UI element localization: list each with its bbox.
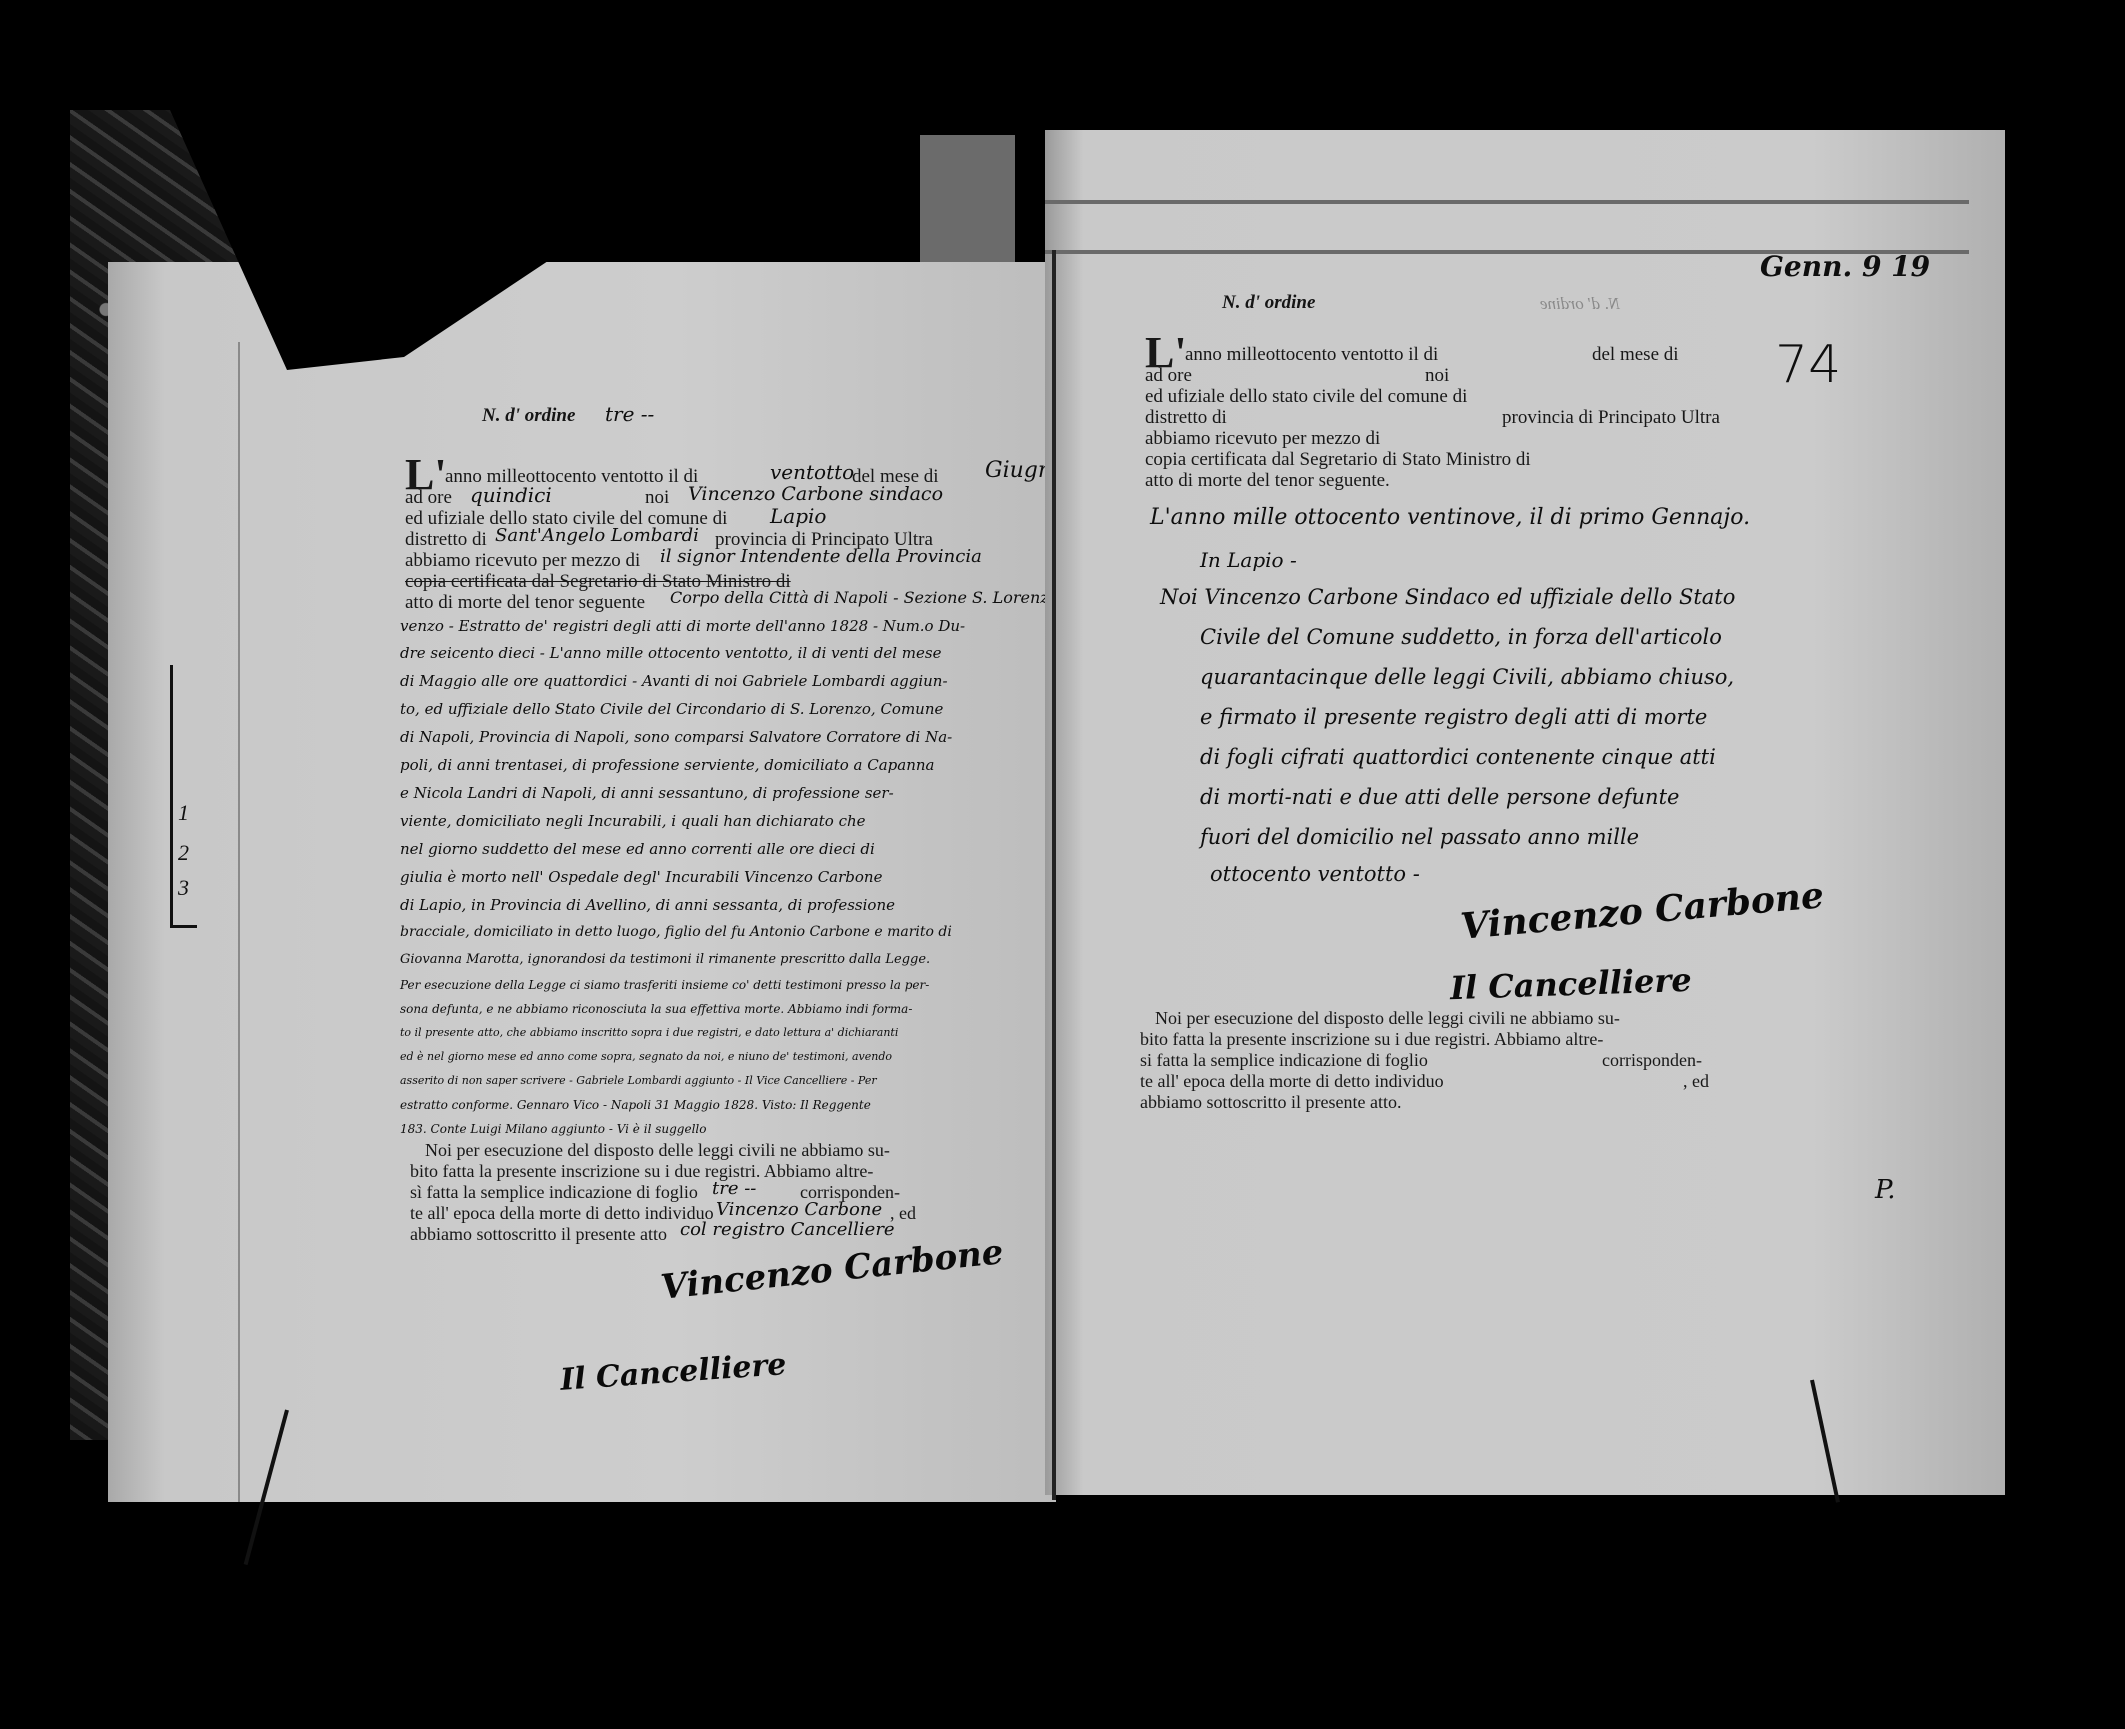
folio-note: Genn. 9 19 (1760, 250, 1930, 283)
left-body-line: Per esecuzione della Legge ci siamo tras… (400, 978, 929, 992)
right-body-line: In Lapio - (1200, 548, 1297, 572)
left-body-line: to il presente atto, che abbiamo inscrit… (400, 1026, 898, 1039)
right-line-1: anno milleottocento ventotto il di (1185, 344, 1438, 365)
margin-index-2: 2 (178, 840, 189, 866)
right-line-7: atto di morte del tenor seguente. (1145, 470, 1390, 491)
left-line-2: ad ore (405, 487, 452, 508)
left-body-line: to, ed uffiziale dello Stato Civile del … (400, 700, 943, 718)
left-body-line: sona defunta, e ne abbiamo riconosciuta … (400, 1002, 912, 1016)
left-body-line: di Maggio alle ore quattordici - Avanti … (400, 672, 948, 690)
left-body-line: poli, di anni trentasei, di professione … (400, 756, 934, 774)
right-page-edge-1 (1045, 200, 1969, 204)
left-per-mezzo: il signor Intendente della Provincia (660, 546, 982, 567)
right-closing-5: te all' epoca della morte di detto indiv… (1140, 1071, 1444, 1092)
left-closing-7: abbiamo sottoscritto il presente atto (410, 1224, 667, 1245)
margin-index-1: 1 (178, 800, 189, 826)
left-line-5: abbiamo ricevuto per mezzo di (405, 550, 640, 571)
left-giorno: ventotto (770, 460, 854, 484)
left-body-line: di Lapio, in Provincia di Avellino, di a… (400, 896, 895, 914)
left-body-line: asserito di non saper scrivere - Gabriel… (400, 1074, 877, 1087)
left-noi-label: noi (645, 487, 669, 508)
left-body-line: di Napoli, Provincia di Napoli, sono com… (400, 728, 952, 746)
left-distretto: Sant'Angelo Lombardi (495, 525, 699, 546)
left-foglio: tre -- (712, 1178, 756, 1199)
right-line-4: distretto di (1145, 407, 1227, 428)
left-body-line: Giovanna Marotta, ignorandosi da testimo… (400, 952, 930, 967)
left-comune: Lapio (770, 504, 826, 528)
left-individuo: Vincenzo Carbone (716, 1199, 882, 1220)
left-body-line: nel giorno suddetto del mese ed anno cor… (400, 840, 875, 858)
left-body-line: estratto conforme. Gennaro Vico - Napoli… (400, 1098, 871, 1112)
left-closing-2: bito fatta la presente inscrizione su i … (410, 1161, 873, 1182)
left-order-value: tre -- (605, 402, 654, 426)
left-body-line: venzo - Estratto de' registri degli atti… (400, 617, 965, 635)
right-body-line: di morti-nati e due atti delle persone d… (1200, 785, 1679, 809)
corner-mark: P. (1875, 1175, 1896, 1205)
right-line-2: ad ore (1145, 365, 1192, 386)
right-noi-label: noi (1425, 365, 1449, 386)
left-closing-5: te all' epoca della morte di detto indiv… (410, 1203, 714, 1224)
left-ore: quindici (470, 483, 552, 507)
left-line-4: distretto di (405, 529, 487, 550)
left-line-7: atto di morte del tenor seguente (405, 592, 645, 613)
left-body-line: giulia è morto nell' Ospedale degl' Incu… (400, 868, 882, 886)
right-closing-1: Noi per esecuzione del disposto delle le… (1155, 1008, 1620, 1029)
right-body-line: di fogli cifrati quattordici contenente … (1200, 745, 1716, 769)
right-body-line: quarantacinque delle leggi Civili, abbia… (1200, 665, 1734, 689)
page-number: 74 (1775, 335, 1841, 395)
left-noi: Vincenzo Carbone sindaco (688, 483, 943, 505)
book-gutter (1052, 250, 1056, 1500)
left-body-line: viente, domiciliato negli Incurabili, i … (400, 812, 866, 830)
right-order-label: N. d' ordine (1222, 292, 1315, 314)
right-provincia-label: provincia di Principato Ultra (1502, 407, 1720, 428)
left-body-line: dre seicento dieci - L'anno mille ottoce… (400, 644, 941, 662)
left-atto-suffix: col registro Cancelliere (680, 1219, 895, 1240)
right-closing-3: si fatta la semplice indicazione di fogl… (1140, 1050, 1428, 1071)
left-order-label: N. d' ordine (482, 405, 575, 427)
right-line-6: copia certificata dal Segretario di Stat… (1145, 449, 1531, 470)
left-body-line: e Nicola Landri di Napoli, di anni sessa… (400, 784, 894, 802)
left-body-line: bracciale, domiciliato in detto luogo, f… (400, 924, 952, 940)
right-body-line: ottocento ventotto - (1210, 862, 1420, 886)
right-closing-7: abbiamo sottoscritto il presente atto. (1140, 1092, 1401, 1113)
right-body-line: L'anno mille ottocento ventinove, il di … (1150, 505, 1750, 530)
right-line-5: abbiamo ricevuto per mezzo di (1145, 428, 1380, 449)
right-closing-2: bito fatta la presente inscrizione su i … (1140, 1029, 1603, 1050)
right-body-line: fuori del domicilio nel passato anno mil… (1200, 825, 1639, 849)
right-closing-4: corrisponden- (1602, 1050, 1702, 1071)
right-closing-6: , ed (1683, 1071, 1709, 1092)
right-order-bleedthrough: N. d' ordine (1540, 294, 1620, 314)
right-line-3: ed ufiziale dello stato civile del comun… (1145, 386, 1467, 407)
margin-index-3: 3 (178, 875, 189, 901)
left-closing-3: sì fatta la semplice indicazione di fogl… (410, 1182, 698, 1203)
left-body-line: 183. Conte Luigi Milano aggiunto - Vi è … (400, 1122, 706, 1136)
right-mese-label: del mese di (1592, 344, 1679, 365)
left-body-line: ed è nel giorno mese ed anno come sopra,… (400, 1050, 892, 1063)
left-closing-1: Noi per esecuzione del disposto delle le… (425, 1140, 890, 1161)
right-body-line: Civile del Comune suddetto, in forza del… (1200, 625, 1722, 649)
right-body-line: Noi Vincenzo Carbone Sindaco ed uffizial… (1160, 585, 1735, 609)
right-body-line: e firmato il presente registro degli att… (1200, 705, 1707, 729)
